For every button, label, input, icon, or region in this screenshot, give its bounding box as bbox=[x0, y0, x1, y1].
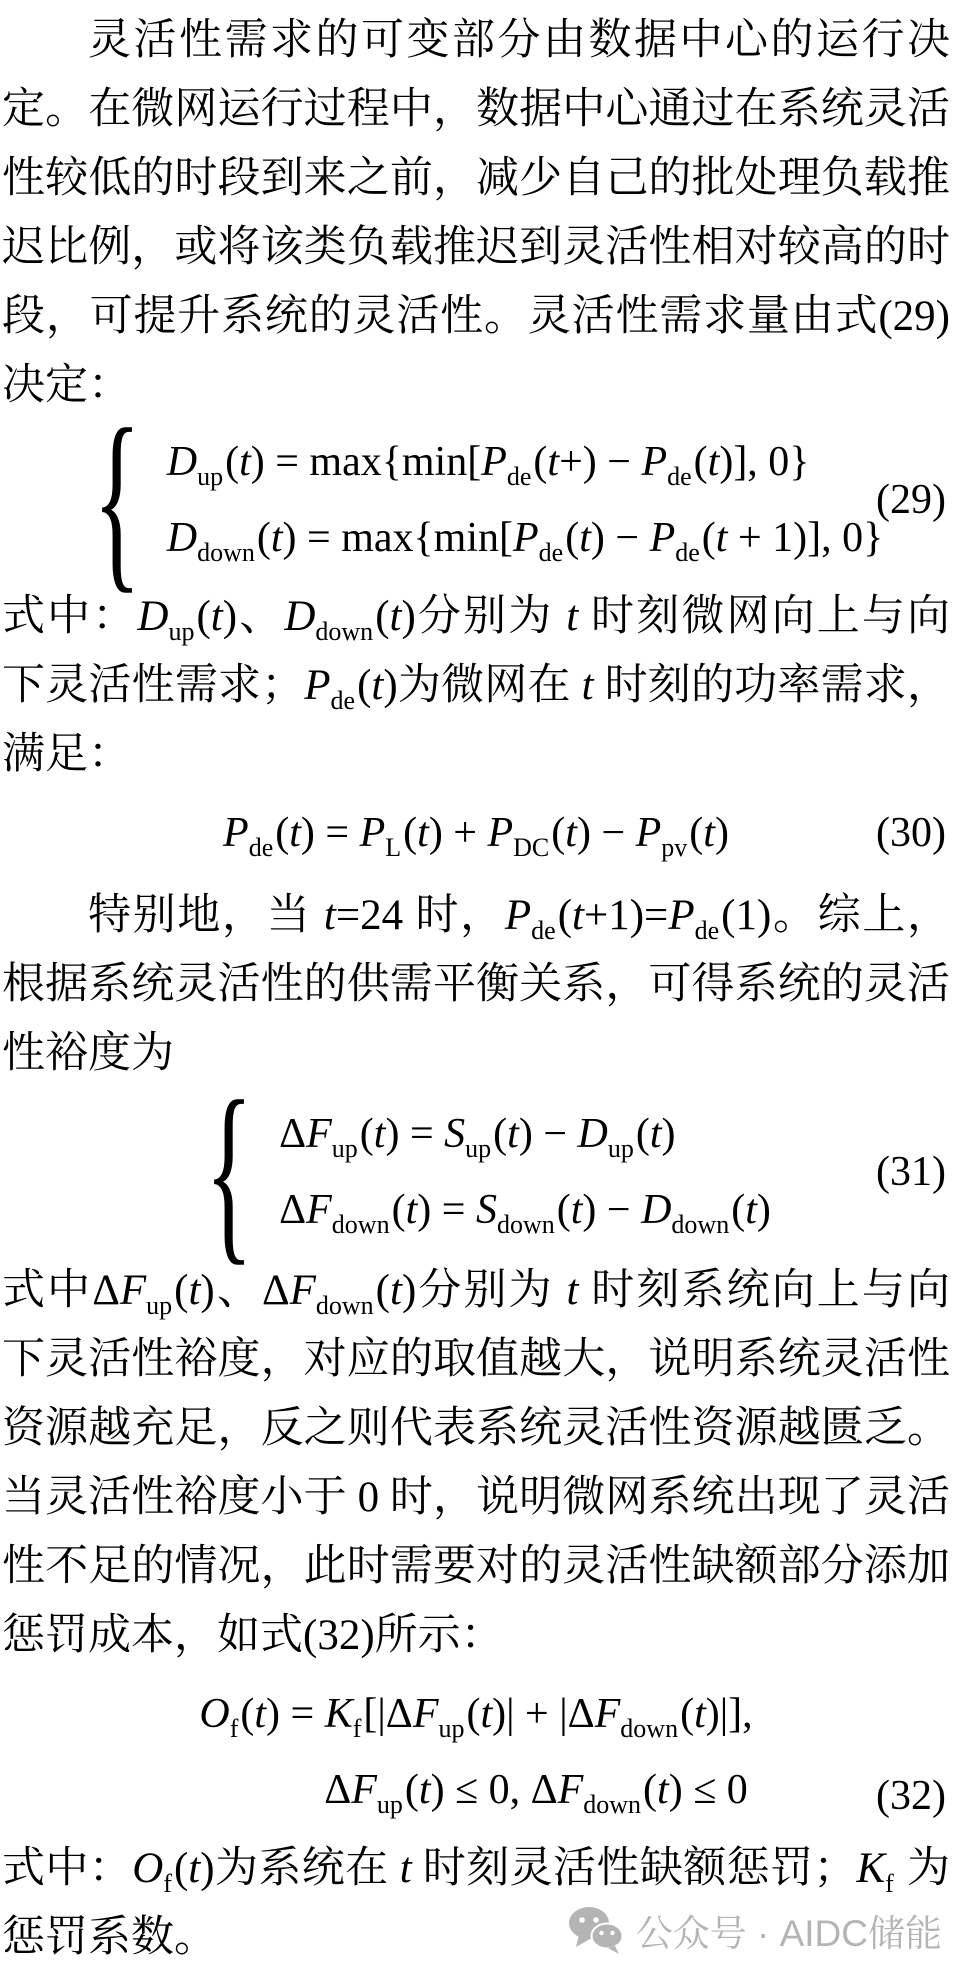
equation-31-line-2: ΔFdown(t) = Sdown(t) − Ddown(t) bbox=[279, 1172, 771, 1248]
watermark-text: 公众号 · AIDC储能 bbox=[636, 1903, 942, 1957]
equation-32-body: Of(t) = Kf[|ΔFup(t)| + |ΔFdown(t)|], ΔFu… bbox=[199, 1676, 752, 1828]
equation-32-lines: Of(t) = Kf[|ΔFup(t)| + |ΔFdown(t)|], ΔFu… bbox=[199, 1676, 752, 1828]
equation-32-line-1: Of(t) = Kf[|ΔFup(t)| + |ΔFdown(t)|], bbox=[199, 1676, 752, 1752]
paragraph-flexibility-demand-intro: 灵活性需求的可变部分由数据中心的运行决定。在微网运行过程中，数据中心通过在系统灵… bbox=[2, 6, 950, 420]
wechat-icon bbox=[568, 1906, 624, 1954]
equation-30-body: Pde(t) = PL(t) + PDC(t) − Ppv(t) bbox=[223, 795, 729, 871]
equation-31-number: (31) bbox=[876, 1148, 946, 1196]
equation-30-line-1: Pde(t) = PL(t) + PDC(t) − Ppv(t) bbox=[223, 795, 729, 871]
document-page: 灵活性需求的可变部分由数据中心的运行决定。在微网运行过程中，数据中心通过在系统灵… bbox=[0, 0, 952, 1969]
left-brace: { bbox=[205, 1097, 253, 1247]
equation-29-line-1: Dup(t) = max{min[Pde(t+) − Pde(t)], 0} bbox=[167, 424, 884, 500]
equation-30-lines: Pde(t) = PL(t) + PDC(t) − Ppv(t) bbox=[223, 795, 729, 871]
equation-32: Of(t) = Kf[|ΔFup(t)| + |ΔFdown(t)|], ΔFu… bbox=[2, 1676, 950, 1828]
paragraph-eq29-explanation: 式中：Dup(t)、Ddown(t)分别为 t 时刻微网向上与向下灵活性需求；P… bbox=[2, 582, 950, 789]
paragraph-eq31-explanation: 式中ΔFup(t)、ΔFdown(t)分别为 t 时刻系统向上与向下灵活性裕度，… bbox=[2, 1256, 950, 1670]
equation-31-line-1: ΔFup(t) = Sup(t) − Dup(t) bbox=[279, 1096, 771, 1172]
equation-30: Pde(t) = PL(t) + PDC(t) − Ppv(t) (30) bbox=[2, 795, 950, 871]
equation-30-number: (30) bbox=[876, 809, 946, 857]
equation-29-body: { Dup(t) = max{min[Pde(t+) − Pde(t)], 0}… bbox=[69, 424, 884, 576]
paragraph-special-case: 特别地，当 t=24 时，Pde(t+1)=Pde(1)。综上，根据系统灵活性的… bbox=[2, 881, 950, 1088]
equation-29-number: (29) bbox=[876, 476, 946, 524]
equation-32-line-2: ΔFup(t) ≤ 0, ΔFdown(t) ≤ 0 bbox=[324, 1752, 748, 1828]
equation-31-body: { ΔFup(t) = Sup(t) − Dup(t) ΔFdown(t) = … bbox=[181, 1096, 771, 1248]
equation-29-line-2: Ddown(t) = max{min[Pde(t) − Pde(t + 1)],… bbox=[167, 500, 884, 576]
equation-29-lines: Dup(t) = max{min[Pde(t+) − Pde(t)], 0} D… bbox=[167, 424, 884, 576]
wechat-official-account-watermark: 公众号 · AIDC储能 bbox=[568, 1903, 942, 1957]
equation-31: { ΔFup(t) = Sup(t) − Dup(t) ΔFdown(t) = … bbox=[2, 1096, 950, 1248]
left-brace: { bbox=[93, 425, 141, 575]
equation-31-lines: ΔFup(t) = Sup(t) − Dup(t) ΔFdown(t) = Sd… bbox=[279, 1096, 771, 1248]
equation-29: { Dup(t) = max{min[Pde(t+) − Pde(t)], 0}… bbox=[2, 424, 950, 576]
equation-32-number: (32) bbox=[876, 1772, 946, 1820]
